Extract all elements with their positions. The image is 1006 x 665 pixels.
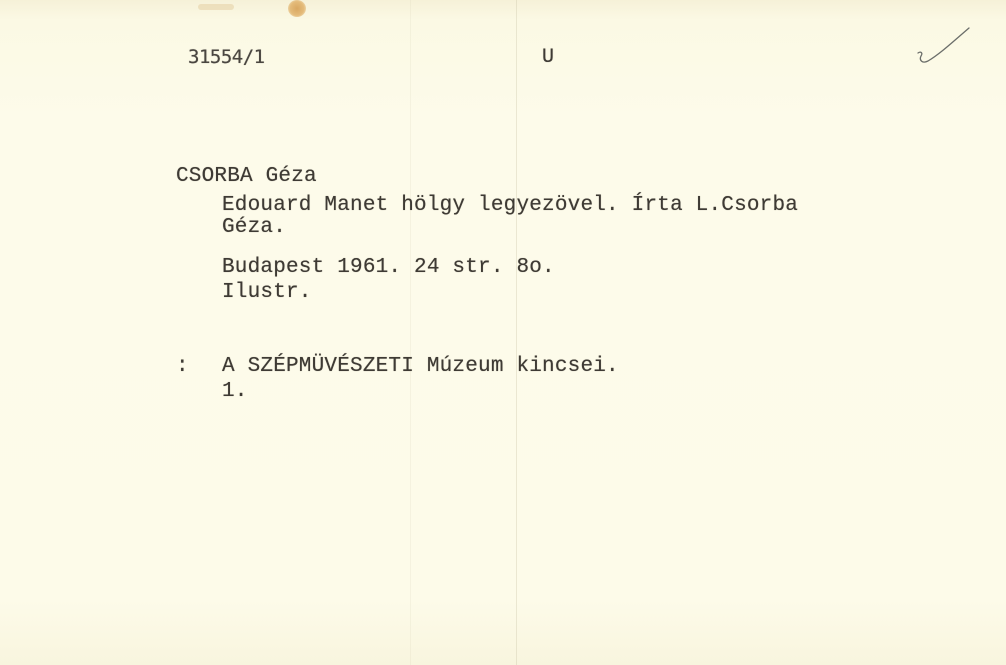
- title-line: Edouard Manet hölgy legyezövel. Írta L.C…: [222, 194, 798, 218]
- location-code: U: [542, 46, 554, 70]
- checkmark-icon: [915, 26, 975, 70]
- imprint-line: Ilustr.: [222, 281, 312, 305]
- call-number: 31554/1: [188, 45, 265, 69]
- stain-spot: [288, 0, 306, 17]
- paper-crease: [410, 0, 411, 665]
- author-heading: CSORBA Géza: [176, 165, 317, 189]
- imprint-line: Budapest 1961. 24 str. 8o.: [222, 256, 555, 280]
- series-line: A SZÉPMÜVÉSZETI Múzeum kincsei.: [222, 355, 619, 379]
- catalog-card: 31554/1 U CSORBA Géza Edouard Manet hölg…: [0, 0, 1006, 665]
- title-line: Géza.: [222, 216, 286, 240]
- series-marker: :: [176, 355, 189, 379]
- paper-fold: [516, 0, 517, 665]
- series-line: 1.: [222, 380, 248, 404]
- paper-smudge: [198, 4, 234, 10]
